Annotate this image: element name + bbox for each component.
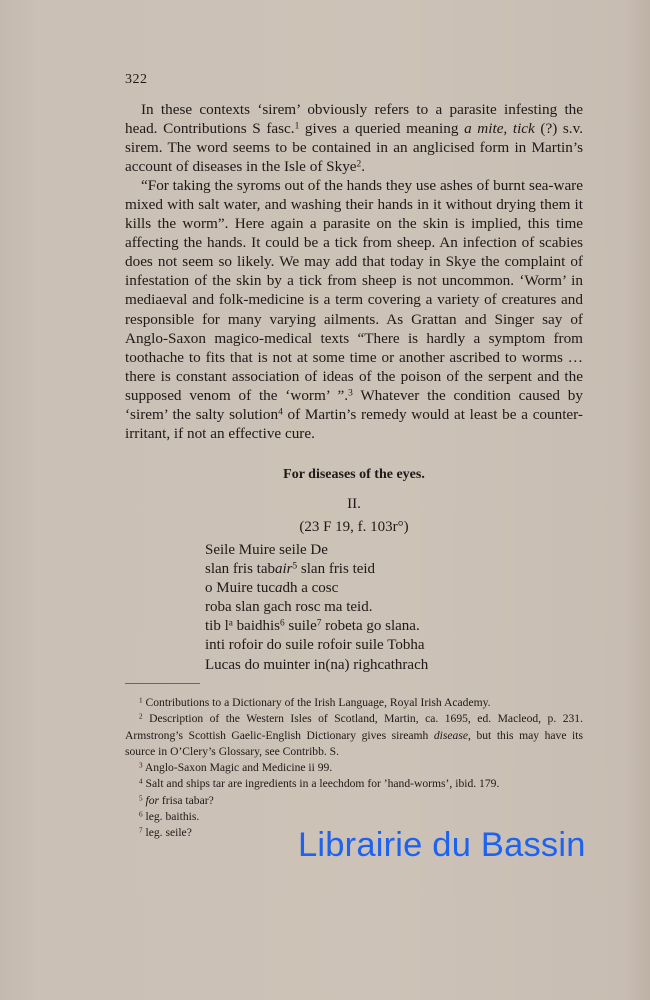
- footnote-divider: [125, 683, 200, 684]
- footnotes: 1 Contributions to a Dictionary of the I…: [125, 695, 583, 842]
- footnote-marker: 5: [139, 794, 143, 802]
- footnote-marker: 6: [139, 810, 143, 818]
- footnote: 5 for frisa tabar?: [125, 793, 583, 809]
- footnote: 6 leg. baithis.: [125, 809, 583, 825]
- paragraph: “For taking the syroms out of the hands …: [125, 176, 583, 443]
- paragraph: In these contexts ‘sirem’ obviously refe…: [125, 100, 583, 176]
- verse-line: Seile Muire seile De: [205, 541, 428, 560]
- footnote-marker: 4: [139, 778, 143, 786]
- footnote-text: Contributions to a Dictionary of the Iri…: [146, 696, 491, 709]
- footnote-marker: 7: [139, 827, 143, 835]
- footnote-text: leg. seile?: [146, 826, 192, 839]
- footnote-text: for frisa tabar?: [146, 794, 214, 807]
- page-number: 322: [125, 72, 148, 88]
- footnote-marker: 2: [139, 713, 143, 721]
- footnote: 4 Salt and ships tar are ingredients in …: [125, 776, 583, 792]
- book-page: 322 In these contexts ‘sirem’ obviously …: [0, 0, 650, 1000]
- footnote: 2 Description of the Western Isles of Sc…: [125, 711, 583, 760]
- section-heading: For diseases of the eyes.: [125, 467, 583, 483]
- footnote-text: Description of the Western Isles of Scot…: [125, 712, 583, 758]
- verse-line: roba slan gach rosc ma teid.: [205, 598, 428, 617]
- footnote-marker: 1: [139, 696, 143, 704]
- verse-line: inti rofoir do suile rofoir suile Tobha: [205, 636, 428, 655]
- manuscript-reference: (23 F 19, f. 103r°): [125, 519, 583, 536]
- footnote-text: Anglo-Saxon Magic and Medicine ii 99.: [145, 761, 332, 774]
- watermark: Librairie du Bassin: [298, 826, 586, 865]
- verse-line: Lucas do muinter in(na) righcathrach: [205, 656, 428, 675]
- footnote-text: leg. baithis.: [146, 810, 200, 823]
- section-numeral: II.: [125, 496, 583, 513]
- verse-block: Seile Muire seile De slan fris tabair5 s…: [205, 541, 428, 675]
- verse-line: o Muire tucadh a cosc: [205, 579, 428, 598]
- verse-line: slan fris tabair5 slan fris teid: [205, 560, 428, 579]
- verse-line: tib la baidhis6 suile7 robeta go slana.: [205, 617, 428, 636]
- footnote: 1 Contributions to a Dictionary of the I…: [125, 695, 583, 711]
- footnote-marker: 3: [139, 762, 143, 770]
- footnote: 3 Anglo-Saxon Magic and Medicine ii 99.: [125, 760, 583, 776]
- body-text: In these contexts ‘sirem’ obviously refe…: [125, 100, 583, 443]
- footnote-text: Salt and ships tar are ingredients in a …: [146, 777, 500, 790]
